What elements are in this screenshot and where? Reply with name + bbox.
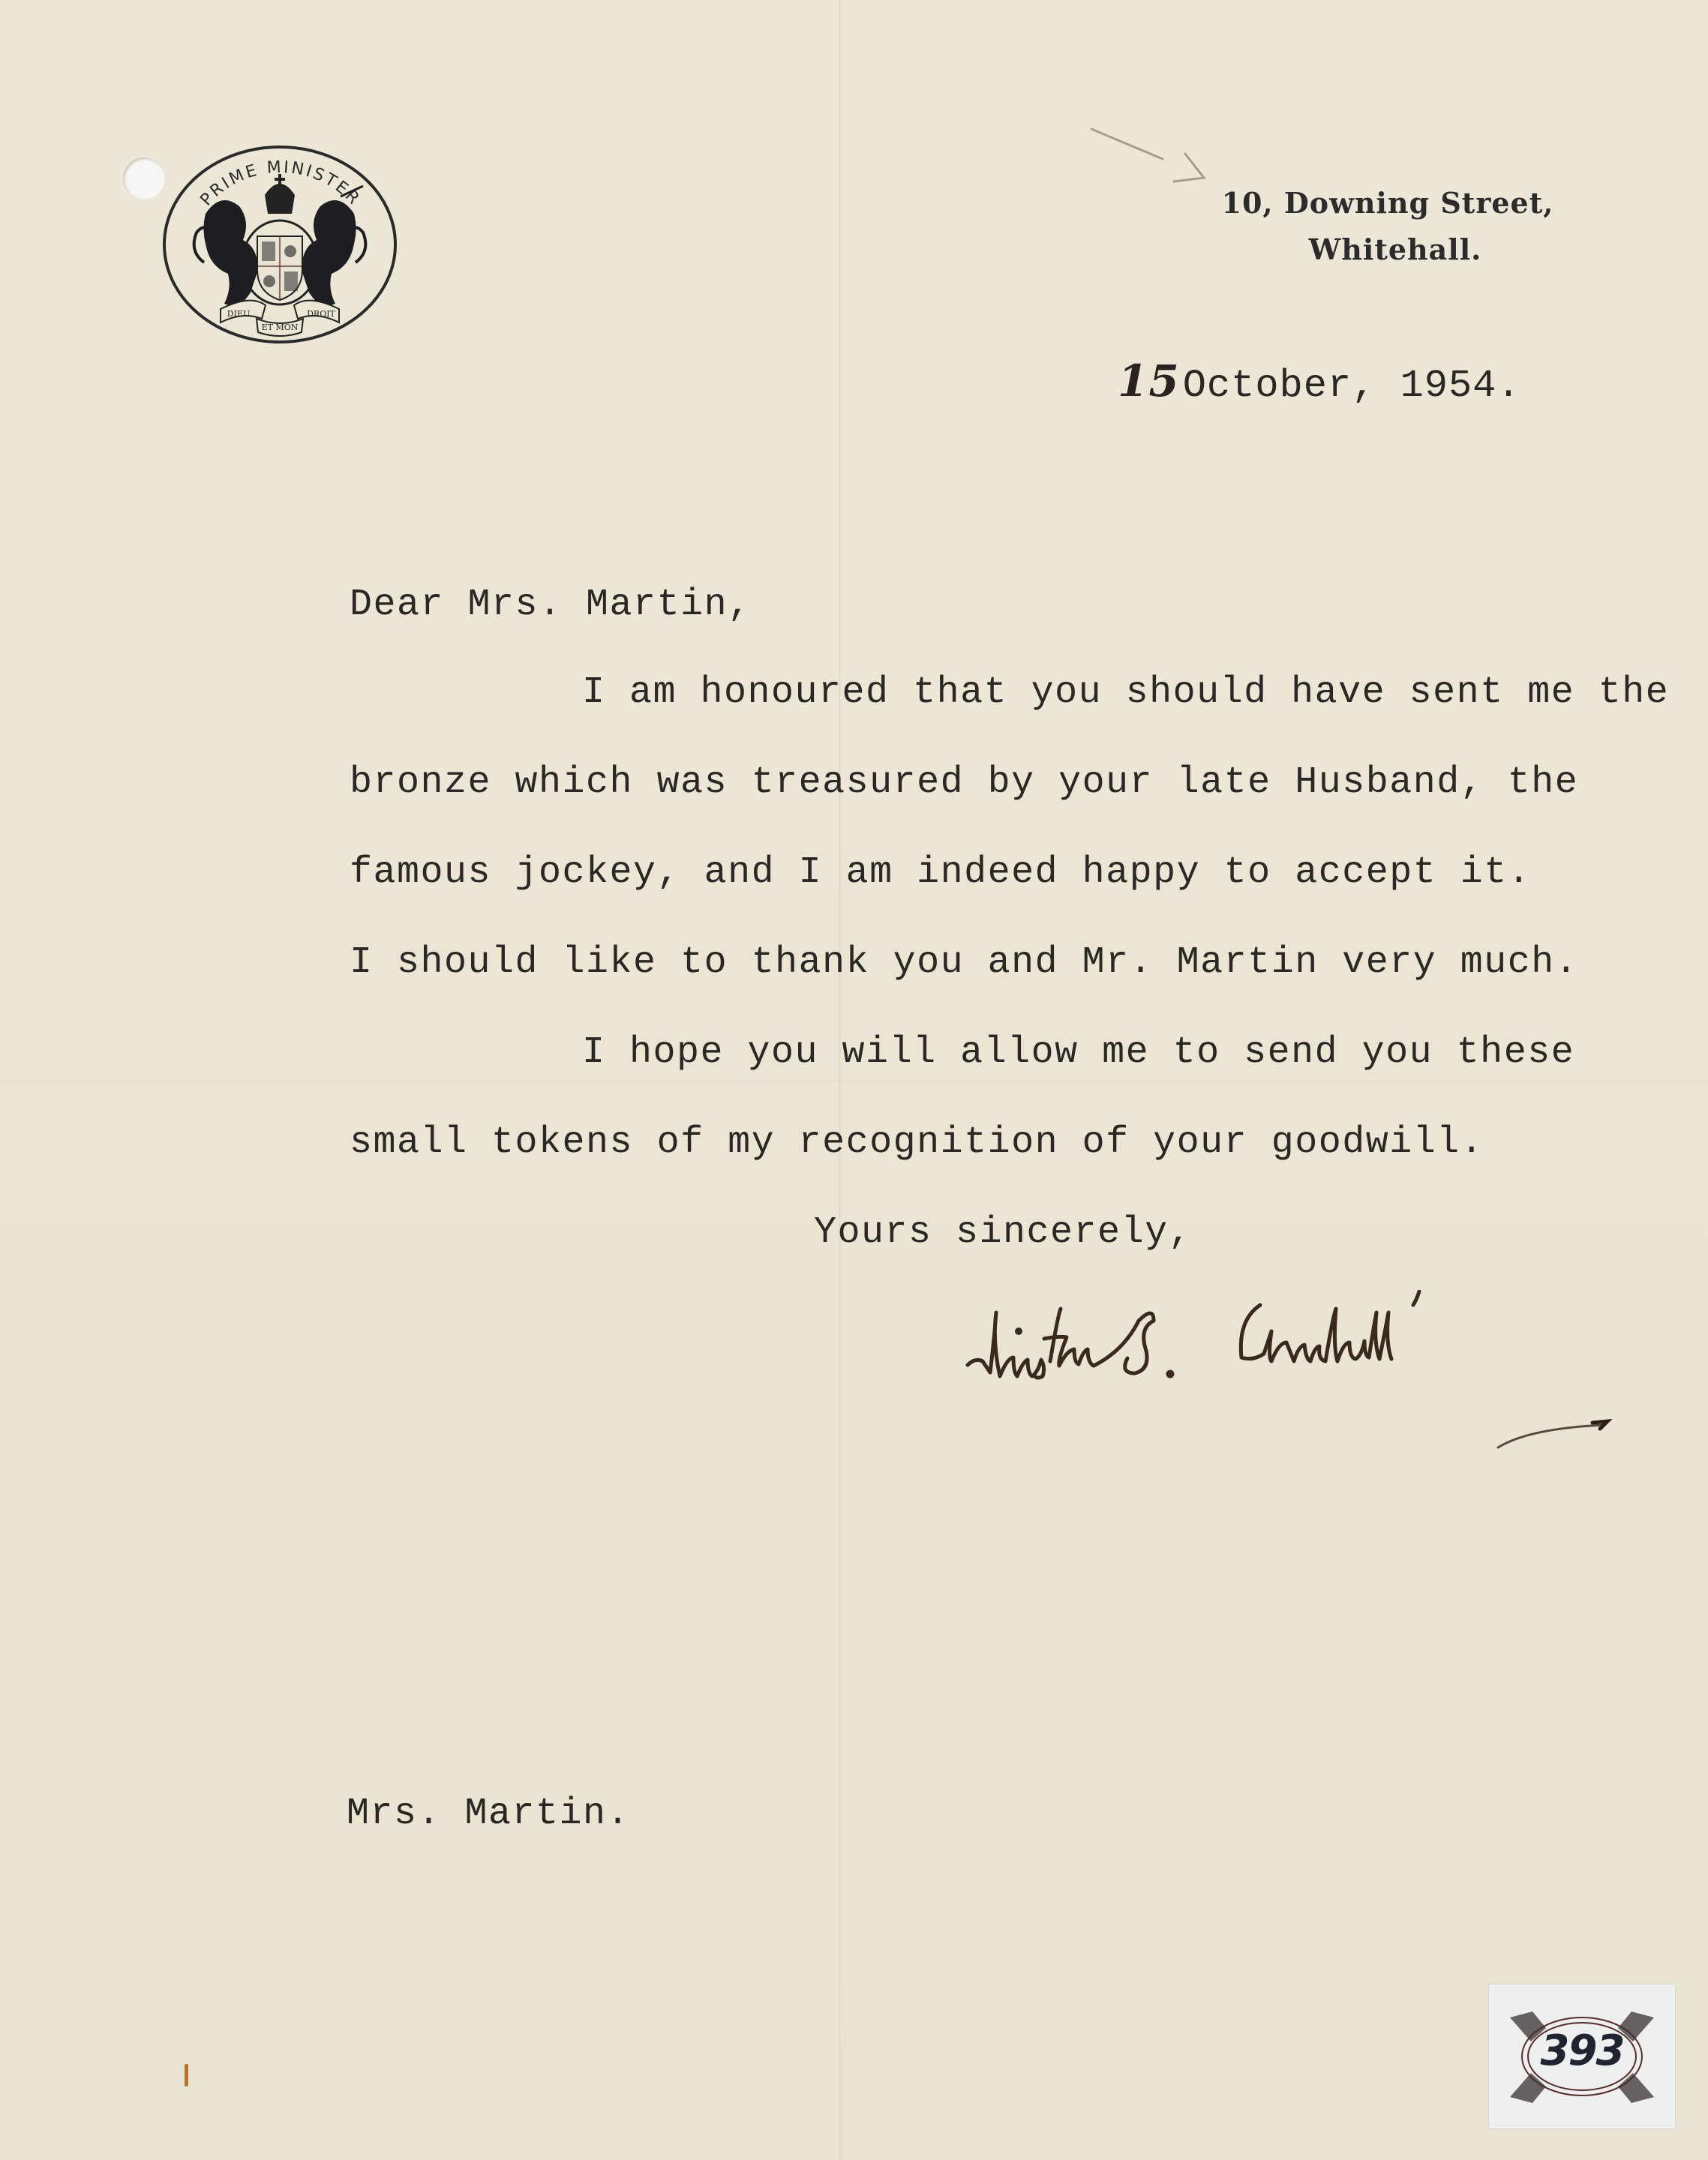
body-line-3: famous jockey, and I am indeed happy to … [350,851,1531,894]
body-line-6: small tokens of my recognition of your g… [350,1121,1484,1164]
svg-text:DROIT: DROIT [307,309,335,319]
royal-coat-of-arms-icon: PRIME MINISTER DIEU ET MON DROIT [161,142,399,346]
address-line-2: Whitehall. [1200,226,1575,273]
body-line-5: I hope you will allow me to send you the… [582,1031,1574,1074]
handwritten-day: 15 [1118,355,1180,406]
recipient-name: Mrs. Martin. [347,1792,630,1835]
closing: Yours sincerely, [814,1211,1192,1254]
body-line-4: I should like to thank you and Mr. Marti… [350,941,1578,984]
prime-minister-crest: PRIME MINISTER DIEU ET MON DROIT [161,142,399,346]
letter-date: 15October, 1954. [1118,355,1521,408]
signature-ink-icon [953,1290,1568,1387]
auction-lot-label: 393 [1488,1984,1676,2129]
letterhead-address: 10, Downing Street, Whitehall. [1200,180,1575,273]
salutation: Dear Mrs. Martin, [350,583,752,626]
svg-text:ET MON: ET MON [262,322,299,332]
body-line-2: bronze which was treasured by your late … [350,761,1578,804]
horizontal-fold-line [0,1080,1708,1082]
lot-number: 393 [1489,2026,1675,2075]
typed-date: October, 1954. [1183,364,1521,408]
pencil-arrow-mark [1080,120,1215,195]
body-line-1: I am honoured that you should have sent … [582,671,1669,714]
ink-stain [185,2064,188,2086]
address-line-1: 10, Downing Street, [1200,180,1575,226]
svg-text:DIEU: DIEU [227,309,250,319]
signature-flourish [1496,1406,1624,1459]
handwritten-signature [953,1290,1568,1391]
punch-hole [123,157,165,199]
